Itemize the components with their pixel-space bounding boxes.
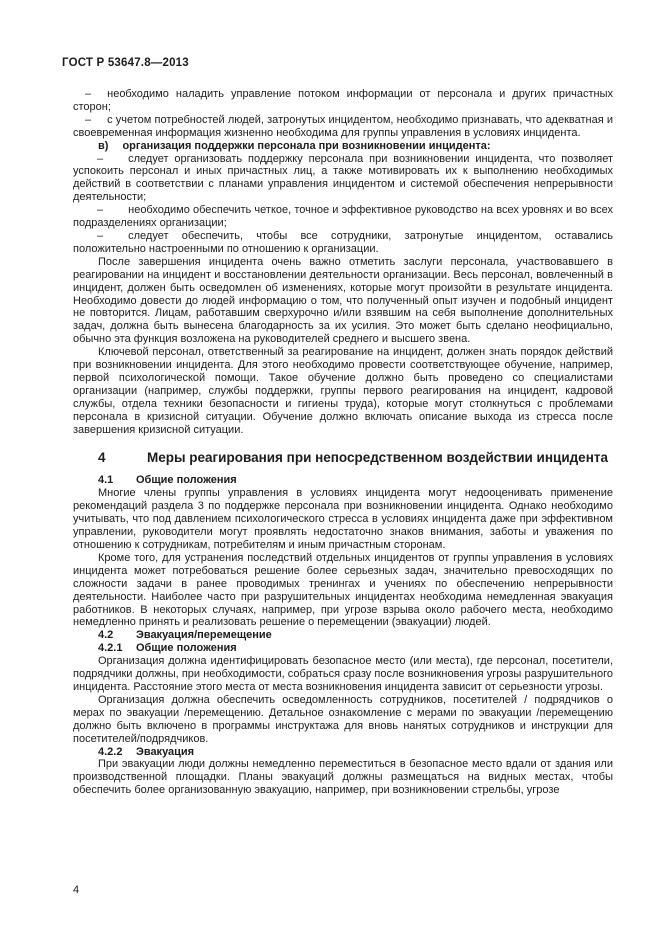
- page-number: 4: [73, 884, 79, 896]
- section-number: 4.2.1: [98, 642, 136, 655]
- item-text: с учетом потребностей людей, затронутых …: [73, 114, 613, 139]
- paragraph: Многие члены группы управления в условия…: [73, 487, 613, 552]
- list-item: –следует обеспечить, чтобы все сотрудник…: [73, 230, 613, 256]
- document-body: –необходимо наладить управление потоком …: [73, 88, 613, 797]
- dash-marker: –: [97, 204, 103, 216]
- subsection-heading: 4.2.1Общие положения: [98, 642, 613, 655]
- section-title: Эвакуация: [136, 746, 194, 758]
- dash-marker: –: [85, 88, 91, 100]
- section-title: Общие положения: [136, 474, 237, 486]
- document-page: ГОСТ Р 53647.8—2013 –необходимо наладить…: [0, 0, 661, 935]
- list-item: –следует организовать поддержку персонал…: [73, 153, 613, 205]
- dash-marker: –: [97, 230, 103, 242]
- section-title: Меры реагирования при непосредственном в…: [147, 450, 608, 465]
- section-title: Общие положения: [136, 642, 237, 654]
- item-text: следует обеспечить, чтобы все сотрудники…: [73, 230, 613, 255]
- item-text: организация поддержки персонала при возн…: [122, 140, 490, 152]
- subsection-heading: 4.1Общие положения: [98, 474, 613, 487]
- dash-marker: –: [97, 153, 103, 165]
- paragraph: После завершения инцидента очень важно о…: [73, 256, 613, 346]
- paragraph: Ключевой персонал, ответственный за реаг…: [73, 346, 613, 436]
- item-text: следует организовать поддержку персонала…: [73, 153, 613, 204]
- lettered-item: в)организация поддержки персонала при во…: [73, 140, 613, 153]
- running-header: ГОСТ Р 53647.8—2013: [62, 57, 613, 69]
- paragraph: Организация должна идентифицировать безо…: [73, 655, 613, 694]
- subsection-heading: 4.2Эвакуация/перемещение: [98, 629, 613, 642]
- dash-marker: –: [85, 114, 91, 126]
- list-item: –необходимо обеспечить четкое, точное и …: [73, 204, 613, 230]
- list-item: –с учетом потребностей людей, затронутых…: [73, 114, 613, 140]
- letter-marker: в): [98, 140, 108, 152]
- section-number: 4.2: [98, 629, 136, 642]
- section-heading: 4Меры реагирования при непосредственном …: [98, 449, 613, 467]
- section-title: Эвакуация/перемещение: [136, 629, 272, 641]
- subsection-heading: 4.2.2Эвакуация: [98, 746, 613, 759]
- paragraph: Кроме того, для устранения последствий о…: [73, 552, 613, 629]
- item-text: необходимо наладить управление потоком и…: [73, 88, 613, 113]
- section-number: 4: [98, 449, 147, 467]
- section-number: 4.2.2: [98, 746, 136, 759]
- list-item: –необходимо наладить управление потоком …: [73, 88, 613, 114]
- paragraph: Организация должна обеспечить осведомлен…: [73, 694, 613, 746]
- section-number: 4.1: [98, 474, 136, 487]
- paragraph: При эвакуации люди должны немедленно пер…: [73, 758, 613, 797]
- item-text: необходимо обеспечить четкое, точное и э…: [73, 204, 613, 229]
